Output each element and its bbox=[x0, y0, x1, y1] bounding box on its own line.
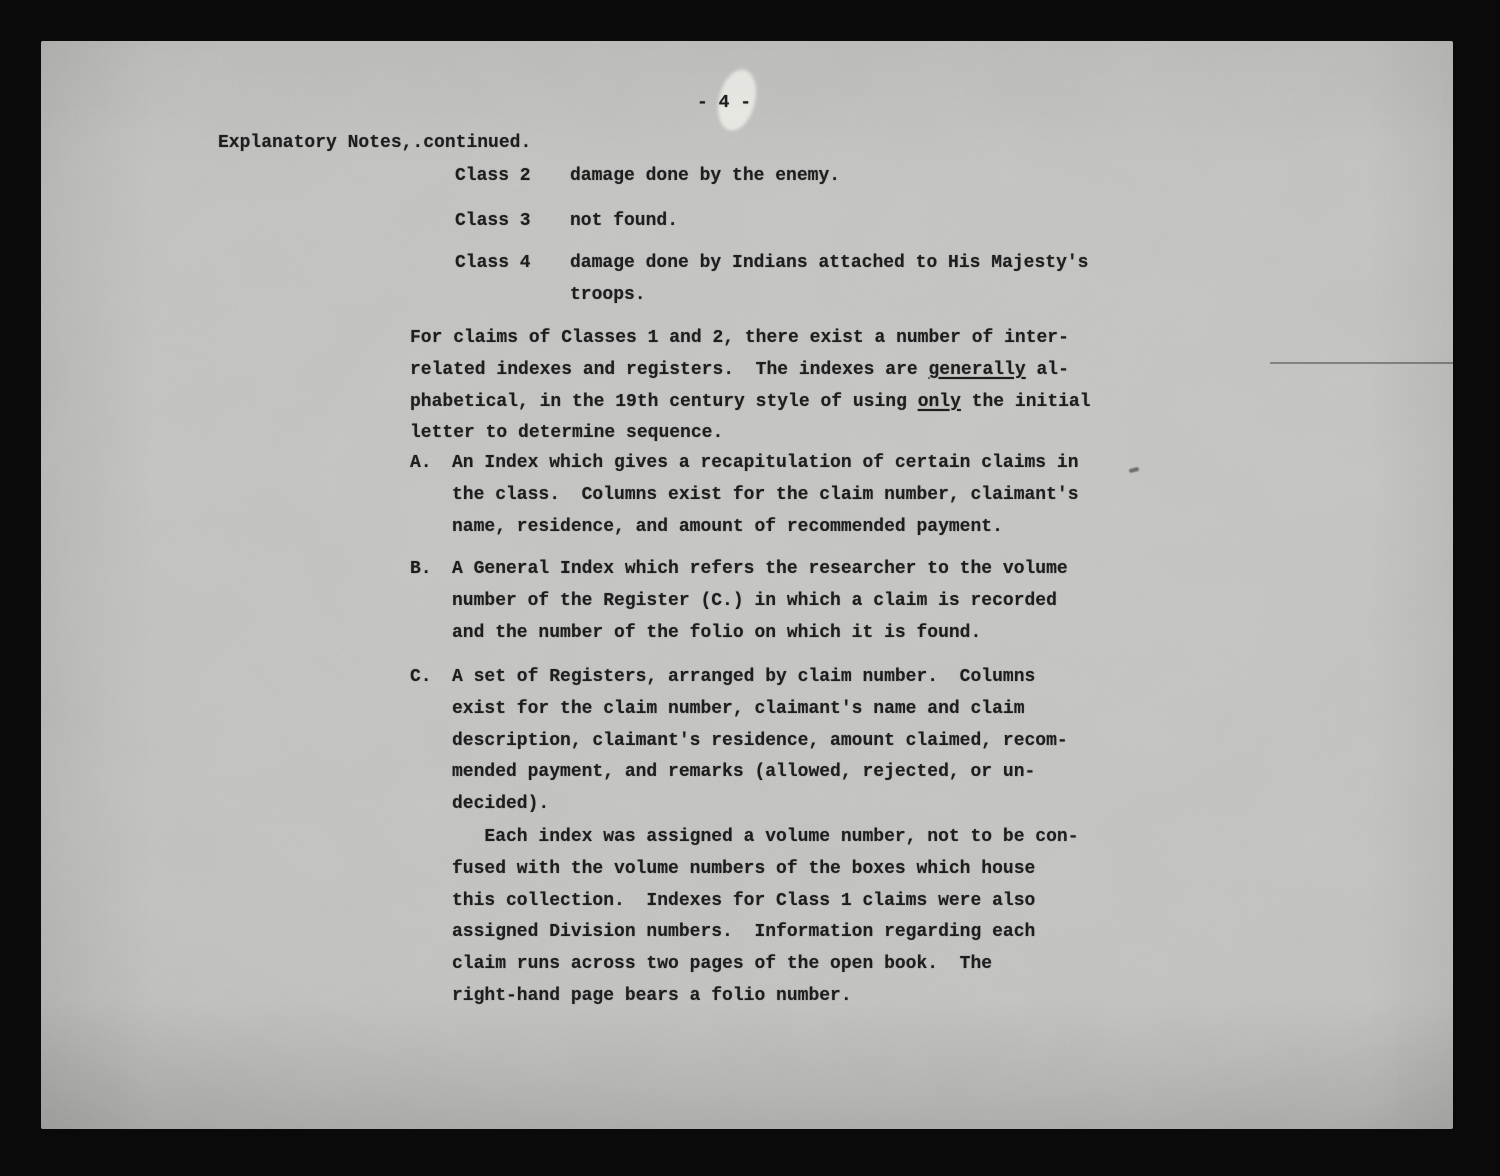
paragraph-line: mended payment, and remarks (allowed, re… bbox=[452, 757, 1068, 789]
paragraph-line: fused with the volume numbers of the box… bbox=[452, 854, 1079, 886]
class-label: Class 4 bbox=[455, 254, 531, 272]
paragraph-line: letter to determine sequence. bbox=[410, 418, 1091, 450]
class-description: not found. bbox=[570, 212, 678, 230]
intro-paragraph: For claims of Classes 1 and 2, there exi… bbox=[410, 323, 1091, 450]
item-marker: A. bbox=[410, 448, 432, 480]
class-description: damage done by the enemy. bbox=[570, 167, 840, 185]
paragraph-line: name, residence, and amount of recommend… bbox=[452, 512, 1079, 544]
line-segment: the initial bbox=[961, 392, 1091, 412]
class-label: Class 2 bbox=[455, 167, 531, 185]
paragraph-line: assigned Division numbers. Information r… bbox=[452, 917, 1079, 949]
page-number: - 4 - bbox=[697, 94, 751, 112]
paragraph-line: the class. Columns exist for the claim n… bbox=[452, 480, 1079, 512]
underlined-word: only bbox=[918, 392, 961, 412]
line-segment: phabetical, in the 19th century style of… bbox=[410, 392, 918, 412]
item-marker: C. bbox=[410, 662, 432, 694]
paragraph-line: and the number of the folio on which it … bbox=[452, 618, 1068, 650]
paragraph-line: For claims of Classes 1 and 2, there exi… bbox=[410, 323, 1091, 355]
list-item-a: A. An Index which gives a recapitulation… bbox=[410, 448, 1079, 543]
paragraph-line: claim runs across two pages of the open … bbox=[452, 949, 1079, 981]
paragraph-line: An Index which gives a recapitulation of… bbox=[452, 448, 1079, 480]
item-marker: B. bbox=[410, 554, 432, 586]
list-item-c: C. A set of Registers, arranged by claim… bbox=[410, 662, 1068, 821]
closing-paragraph: Each index was assigned a volume number,… bbox=[452, 822, 1079, 1013]
class-description-continued: troops. bbox=[570, 286, 646, 304]
document-heading: Explanatory Notes,.continued. bbox=[218, 134, 531, 152]
page-content: - 4 - Explanatory Notes,.continued. Clas… bbox=[41, 41, 1453, 1129]
paragraph-line: this collection. Indexes for Class 1 cla… bbox=[452, 886, 1079, 918]
underlined-word: generally bbox=[928, 360, 1025, 380]
list-item-b: B. A General Index which refers the rese… bbox=[410, 554, 1068, 649]
paragraph-line: right-hand page bears a folio number. bbox=[452, 981, 1079, 1013]
line-segment: related indexes and registers. The index… bbox=[410, 360, 928, 380]
photo-frame: - 4 - Explanatory Notes,.continued. Clas… bbox=[0, 0, 1500, 1176]
scanned-page: - 4 - Explanatory Notes,.continued. Clas… bbox=[41, 41, 1453, 1129]
paragraph-line: Each index was assigned a volume number,… bbox=[452, 822, 1079, 854]
class-label: Class 3 bbox=[455, 212, 531, 230]
paragraph-line: decided). bbox=[452, 789, 1068, 821]
paragraph-line: phabetical, in the 19th century style of… bbox=[410, 387, 1091, 419]
paragraph-line: number of the Register (C.) in which a c… bbox=[452, 586, 1068, 618]
class-description: damage done by Indians attached to His M… bbox=[570, 254, 1088, 272]
paragraph-line: related indexes and registers. The index… bbox=[410, 355, 1091, 387]
paragraph-line: A set of Registers, arranged by claim nu… bbox=[452, 662, 1068, 694]
paragraph-line: A General Index which refers the researc… bbox=[452, 554, 1068, 586]
paragraph-line: exist for the claim number, claimant's n… bbox=[452, 694, 1068, 726]
line-segment: al- bbox=[1026, 360, 1069, 380]
paragraph-line: description, claimant's residence, amoun… bbox=[452, 726, 1068, 758]
